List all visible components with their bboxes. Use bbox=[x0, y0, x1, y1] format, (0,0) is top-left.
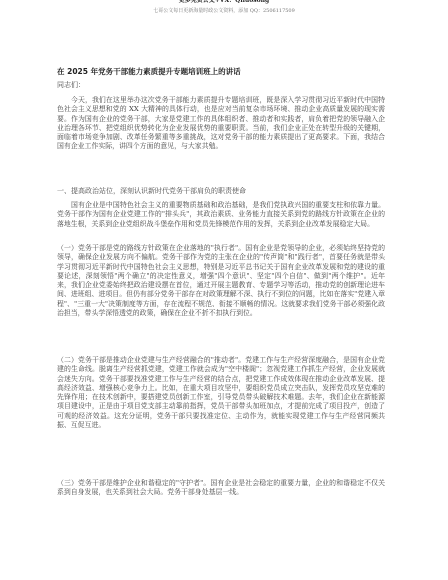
document-title: 在 2025 年党务干部能力素质提升专题培训班上的讲话 bbox=[57, 66, 387, 77]
section-heading-1: 一、提高政治站位，深刻认识新时代党务干部肩负的职责使命 bbox=[57, 186, 385, 196]
intro-paragraph: 今天，我们在这里举办这次党务干部能力素质提升专题培训班，既是深入学习贯彻习近平新… bbox=[57, 96, 385, 152]
point-3-paragraph: （三）党务干部是维护企业和谐稳定的"守护者"。国有企业是社会稳定的重要力量，企业… bbox=[57, 479, 385, 498]
point-2-paragraph: （二）党务干部是推动企业党建与生产经营融合的"推动者"。党建工作与生产经营深度融… bbox=[57, 356, 385, 430]
promo-header: 更多免费公文+VX：Qiluosong bbox=[0, 0, 448, 4]
salutation: 同志们： bbox=[57, 80, 85, 90]
promo-subheader: 七哥公文每日更新海量时政公文资料，添加 QQ：2506117509 bbox=[0, 8, 448, 14]
point-1-paragraph: （一）党务干部是党的路线方针政策在企业落地的"执行者"。国有企业是党领导的企业，… bbox=[57, 244, 385, 318]
section1-intro-paragraph: 国有企业是中国特色社会主义的重要物质基础和政治基础，是我们党执政兴国的重要支柱和… bbox=[57, 201, 385, 229]
